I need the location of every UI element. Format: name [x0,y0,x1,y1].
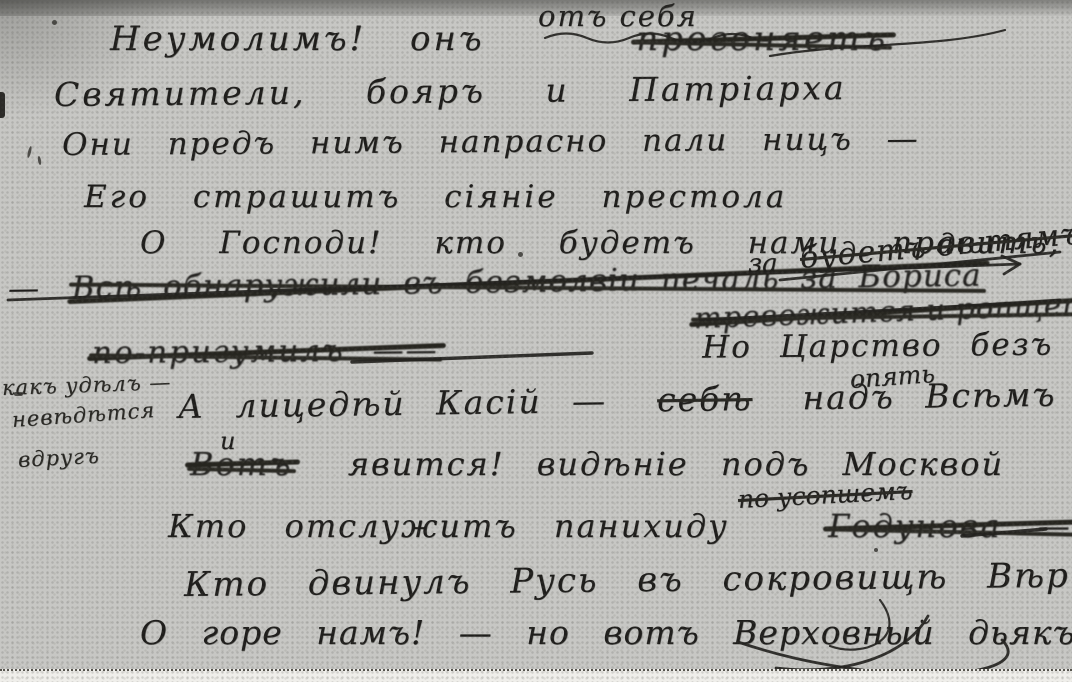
insertion-text: отъ себя [538,0,698,33]
insertion-text: за [748,250,778,280]
line-text: Но Царство безъ царя, [702,326,1072,366]
line-text: Святители, бояръ и Патріарха [54,69,847,114]
struck-word: Годунова — [828,508,1072,545]
interlinear-insertion: отъ себя [538,0,708,33]
manuscript-photo: отъ себя Неумолимъ! онъ прогоняетъ Святи… [0,0,1072,682]
interlinear-insertion: и [220,428,244,456]
photo-bottom-edge [0,669,1072,682]
handwritten-line: О горе намъ! — но вотъ Верховный дьякъ [140,614,1072,652]
struck-phrase: по-пригумилъ —— [92,333,439,372]
handwritten-line: Святители, бояръ и Патріарха [54,69,858,114]
margin-note-text: невѣдѣтся [11,398,156,432]
insertion-text: опять [849,360,936,395]
line-text: Кто двинулъ Русь въ сокровищѣ Вѣры [184,556,1072,605]
handwritten-line: Кто отслужитъ панихиду Годунова — [168,508,1072,545]
ink-speck [874,548,878,552]
margin-note-text: вдругъ [17,444,100,472]
photo-edge-nick [0,92,5,118]
insertion-text: и [220,428,235,456]
line-text: Кто отслужитъ панихиду [168,508,729,545]
margin-note: какъ удѣлъ — [2,370,179,400]
ink-speck [27,146,33,158]
line-text: А лицедѣй Касій — [178,382,608,426]
line-text: Они предъ нимъ напрасно пали ницъ — [62,122,920,164]
struck-word: себѣ [657,380,753,419]
margin-note-text: какъ удѣлъ — [2,370,172,400]
handwritten-line: Они предъ нимъ напрасно пали ницъ — [62,122,931,164]
line-text: Его страшитъ сіяніе престола [84,180,787,216]
interlinear-insertion: за [748,250,787,280]
line-text: О горе намъ! — но вотъ Верховный дьякъ [140,614,1072,652]
ink-speck [52,20,57,25]
line-text: Неумолимъ! онъ [110,20,485,59]
margin-note: невѣдѣтся [11,398,163,433]
handwritten-line: Неумолимъ! онъ прогоняетъ [110,20,900,59]
margin-note: вдругъ [17,443,107,472]
handwritten-line: Кто двинулъ Русь въ сокровищѣ Вѣры [184,556,1072,605]
line-text: — [8,272,40,308]
handwritten-line: Его страшитъ сіяніе престола [84,180,798,216]
ink-speck [37,156,42,165]
photo-top-edge-shade [0,0,1072,16]
